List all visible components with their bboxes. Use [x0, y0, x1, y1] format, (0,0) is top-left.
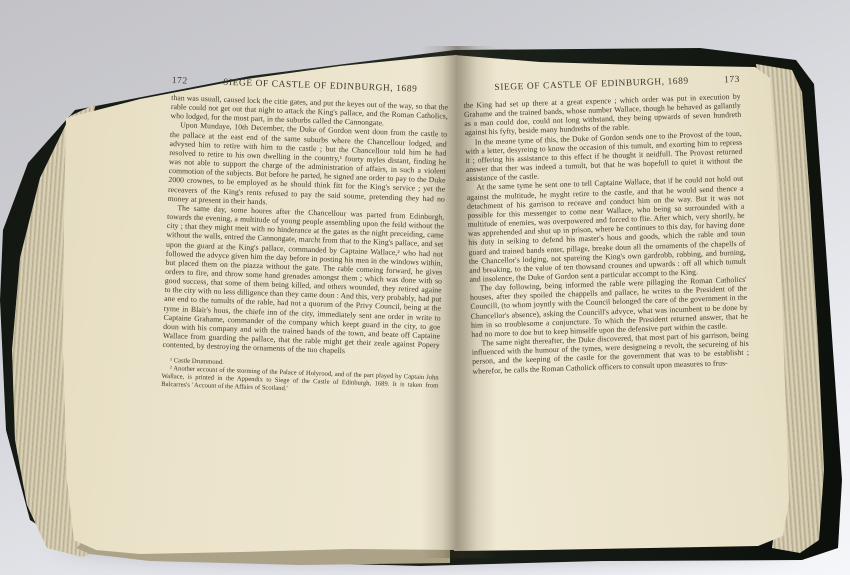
book-photo: 172 SIEGE OF CASTLE OF EDINBURGH, 1689 t…	[0, 0, 850, 575]
left-page-text: 172 SIEGE OF CASTLE OF EDINBURGH, 1689 t…	[161, 76, 449, 398]
paragraph: Upon Mundaye, 10th December, the Duke of…	[168, 120, 448, 212]
paragraph: At the same tyme he sent one to tell Cap…	[466, 174, 746, 284]
paragraph: The same day, some houres after the Chan…	[162, 203, 444, 359]
left-page-body: than was usuall, caused lock the citie g…	[162, 93, 448, 359]
right-page-body: the King had set up there at a great exp…	[464, 92, 750, 376]
right-page-text: SIEGE OF CASTLE OF EDINBURGH, 1689 173 t…	[463, 75, 750, 376]
right-page-number: 173	[706, 75, 740, 86]
paragraph: The day following, being informed the ra…	[470, 275, 749, 339]
left-page-number: 172	[172, 76, 206, 87]
